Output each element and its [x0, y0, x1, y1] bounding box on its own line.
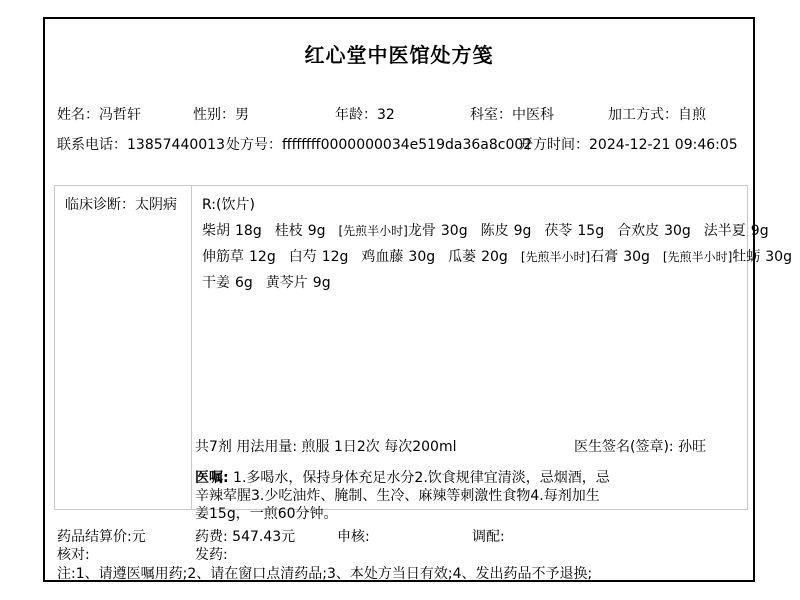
herb-dose: 30g: [408, 249, 435, 265]
herb-dose: 30g: [441, 223, 468, 239]
patient-gender-label: 性别：: [193, 107, 235, 123]
herb-item: 陈皮9g: [481, 223, 532, 239]
herb-dose: 9g: [308, 223, 326, 239]
herb-item: [先煎半小时]牡蛎30g: [663, 249, 792, 265]
herb-item: 白芍12g: [289, 249, 349, 265]
herb-name: 柴胡: [202, 223, 230, 239]
herb-name: 法半夏: [704, 223, 746, 239]
herb-name: 陈皮: [481, 223, 509, 239]
decoction-marker: [先煎半小时]: [521, 250, 590, 264]
herb-item: [先煎半小时]石膏30g: [521, 249, 650, 265]
issue-time-value: 2024-12-21 09:46:05: [589, 137, 738, 153]
patient-gender-value: 男: [235, 107, 249, 123]
patient-name-value: 冯哲轩: [99, 107, 141, 123]
prescription-sheet: 红心堂中医馆处方笺 姓名：冯哲轩 性别：男 年龄：32 科室：中医科 加工方式：…: [43, 17, 755, 582]
check-label: 核对:: [57, 547, 90, 563]
review-label: 申核:: [337, 529, 370, 545]
review-field: 申核:: [337, 529, 370, 545]
herb-item: 鸡血藤30g: [361, 249, 435, 265]
prescription-table: 临床诊断：太阴病 R:(饮片) 柴胡18g 桂枝9g [先煎半小时]龙骨30g …: [54, 185, 748, 510]
herb-dose: 12g: [322, 249, 349, 265]
herb-item: [先煎半小时]龙骨30g: [339, 223, 468, 239]
patient-age-field: 年龄：32: [335, 107, 395, 123]
settlement-label: 药品结算价:: [57, 529, 132, 545]
patient-name-field: 姓名：冯哲轩: [57, 107, 141, 123]
diagnosis-cell: 临床诊断：太阴病: [55, 186, 192, 509]
herb-dose: 9g: [751, 223, 769, 239]
herb-dose: 15g: [577, 223, 604, 239]
patient-age-value: 32: [377, 107, 395, 123]
rx-number-field: 处方号：ffffffff0000000034e519da36a8c002: [226, 137, 532, 153]
fee-field: 药费: 547.43元: [195, 529, 295, 545]
decoction-marker: [先煎半小时]: [663, 250, 732, 264]
advice-line-2: 辛辣荤腥3.少吃油炸、腌制、生冷、麻辣等刺激性食物4.每剂加生: [195, 487, 615, 505]
issue-time-field: 开方时间：2024-12-21 09:46:05: [519, 137, 738, 153]
patient-age-label: 年龄：: [335, 107, 377, 123]
phone-field: 联系电话：13857440013: [57, 137, 225, 153]
herb-item: 柴胡18g: [202, 223, 262, 239]
herb-dose: 30g: [664, 223, 691, 239]
herb-name: 龙骨: [408, 223, 436, 239]
rx-number-label: 处方号：: [226, 137, 282, 153]
herb-name: 白芍: [289, 249, 317, 265]
herb-name: 桂枝: [275, 223, 303, 239]
herb-dose: 20g: [481, 249, 508, 265]
diagnosis-label: 临床诊断：: [65, 197, 135, 213]
doctor-advice: 医嘱: 1.多喝水，保持身体充足水分2.饮食规律宜清淡，忌烟酒，忌 辛辣荤腥3.…: [195, 469, 615, 523]
department-field: 科室：中医科: [470, 107, 554, 123]
decoction-marker: [先煎半小时]: [339, 224, 408, 238]
settlement-value: 元: [132, 529, 146, 545]
prescription-cell: R:(饮片) 柴胡18g 桂枝9g [先煎半小时]龙骨30g 陈皮9g 茯苓15…: [192, 186, 800, 509]
herb-item: 桂枝9g: [275, 223, 326, 239]
herb-dose: 12g: [249, 249, 276, 265]
herb-item: 干姜6g: [202, 275, 253, 291]
herb-dose: 9g: [514, 223, 532, 239]
herb-name: 伸筋草: [202, 249, 244, 265]
herb-name: 茯苓: [544, 223, 572, 239]
check-field: 核对:: [57, 547, 90, 563]
herb-name: 牡蛎: [732, 249, 760, 265]
compound-field: 调配:: [472, 529, 505, 545]
herb-name: 黄芩片: [266, 275, 308, 291]
herb-dose: 30g: [765, 249, 792, 265]
herb-dose: 18g: [235, 223, 262, 239]
diagnosis-value: 太阴病: [135, 197, 177, 213]
herb-item: 合欢皮30g: [617, 223, 691, 239]
footer-note: 注:1、请遵医嘱用药;2、请在窗口点清药品;3、本处方当日有效;4、发出药品不予…: [57, 563, 592, 583]
herb-item: 法半夏9g: [704, 223, 769, 239]
dispense-label: 发药:: [195, 547, 228, 563]
patient-gender-field: 性别：男: [193, 107, 249, 123]
herb-item: 黄芩片9g: [266, 275, 331, 291]
herb-name: 瓜蒌: [448, 249, 476, 265]
settlement-field: 药品结算价:元: [57, 529, 146, 545]
rx-number-value: ffffffff0000000034e519da36a8c002: [282, 137, 532, 153]
processing-field: 加工方式：自煎: [608, 107, 706, 123]
herb-row: 干姜6g 黄芩片9g: [202, 275, 800, 291]
page-title: 红心堂中医馆处方笺: [45, 39, 753, 68]
rx-header: R:(饮片): [202, 197, 800, 213]
phone-label: 联系电话：: [57, 137, 127, 153]
advice-line-3: 姜15g，一煎60分钟。: [195, 505, 615, 523]
phone-value: 13857440013: [127, 137, 225, 153]
processing-label: 加工方式：: [608, 107, 678, 123]
advice-line-1: 医嘱: 1.多喝水，保持身体充足水分2.饮食规律宜清淡，忌烟酒，忌: [195, 469, 615, 487]
processing-value: 自煎: [678, 107, 706, 123]
herb-dose: 9g: [313, 275, 331, 291]
herb-row: 柴胡18g 桂枝9g [先煎半小时]龙骨30g 陈皮9g 茯苓15g 合欢皮30…: [202, 223, 800, 239]
issue-time-label: 开方时间：: [519, 137, 589, 153]
department-label: 科室：: [470, 107, 512, 123]
fee-label: 药费:: [195, 529, 228, 545]
fee-value: 547.43元: [228, 529, 295, 545]
department-value: 中医科: [512, 107, 554, 123]
herb-item: 伸筋草12g: [202, 249, 276, 265]
herb-item: 茯苓15g: [544, 223, 604, 239]
herb-item: 瓜蒌20g: [448, 249, 508, 265]
dispense-field: 发药:: [195, 547, 228, 563]
herb-name: 鸡血藤: [361, 249, 403, 265]
herb-dose: 30g: [623, 249, 650, 265]
advice-label: 医嘱:: [195, 470, 229, 486]
prescription-page: 红心堂中医馆处方笺 姓名：冯哲轩 性别：男 年龄：32 科室：中医科 加工方式：…: [0, 0, 800, 600]
herb-name: 干姜: [202, 275, 230, 291]
herb-row: 伸筋草12g 白芍12g 鸡血藤30g 瓜蒌20g [先煎半小时]石膏30g […: [202, 249, 800, 265]
herb-dose: 6g: [235, 275, 253, 291]
compound-label: 调配:: [472, 529, 505, 545]
herb-name: 石膏: [590, 249, 618, 265]
doctor-signature: 医生签名(签章): 孙旺: [574, 436, 706, 456]
usage-line: 共7剂 用法用量: 煎服 1日2次 每次200ml: [195, 436, 457, 456]
herb-name: 合欢皮: [617, 223, 659, 239]
patient-name-label: 姓名：: [57, 107, 99, 123]
